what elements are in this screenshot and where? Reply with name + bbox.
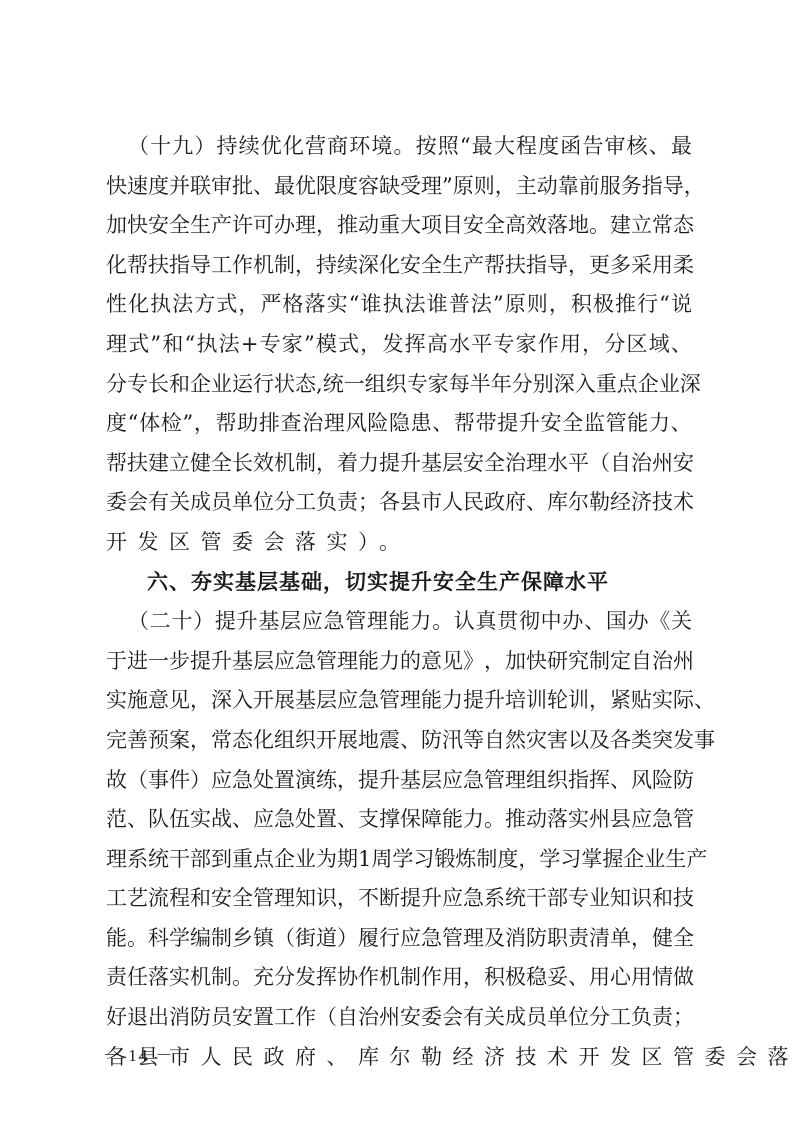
paragraph-line: 完善预案，常态化组织开展地震、防汛等自然灾害以及各类突发事 [106,721,692,761]
paragraph-line: 开发区管委会落实）。 [106,523,692,563]
paragraph-line: 理式”和“执法+专家”模式，发挥高水平专家作用，分区域、 [106,325,692,365]
paragraph-line: 能。科学编制乡镇（街道）履行应急管理及消防职责清单，健全 [106,919,692,959]
paragraph-first-line: （二十）提升基层应急管理能力。认真贯彻中办、国办《关 [106,602,692,642]
paragraph-line: 快速度并联审批、最优限度容缺受理”原则，主动靠前服务指导， [106,167,692,207]
paragraph-line: 好退出消防员安置工作（自治州安委会有关成员单位分工负责； [106,998,692,1038]
paragraph-line: 责任落实机制。充分发挥协作机制作用，积极稳妥、用心用情做 [106,958,692,998]
paragraph-line: 各县市人民政府、库尔勒经济技术开发区管委会落实）。 [106,1038,692,1078]
paragraph-line: 工艺流程和安全管理知识，不断提升应急系统干部专业知识和技 [106,879,692,919]
paragraph-line: 度“体检”，帮助排查治理风险隐患、帮带提升安全监管能力、 [106,404,692,444]
section-heading: 六、夯实基层基础，切实提升安全生产保障水平 [106,563,692,603]
paragraph-line: 故（事件）应急处置演练，提升基层应急管理组织指挥、风险防 [106,761,692,801]
paragraph-line: 分专长和企业运行状态,统一组织专家每半年分别深入重点企业深 [106,365,692,405]
document-body: （十九）持续优化营商环境。按照“最大程度函告审核、最快速度并联审批、最优限度容缺… [106,127,692,1077]
page-number: － 14 － [103,1041,175,1066]
paragraph-first-line: （十九）持续优化营商环境。按照“最大程度函告审核、最 [106,127,692,167]
paragraph-line: 范、队伍实战、应急处置、支撑保障能力。推动落实州县应急管 [106,800,692,840]
paragraph-line: 委会有关成员单位分工负责；各县市人民政府、库尔勒经济技术 [106,483,692,523]
paragraph-line: 理系统干部到重点企业为期1周学习锻炼制度，学习掌握企业生产 [106,840,692,880]
paragraph-line: 加快安全生产许可办理，推动重大项目安全高效落地。建立常态 [106,206,692,246]
paragraph-line: 实施意见，深入开展基层应急管理能力提升培训轮训，紧贴实际、 [106,681,692,721]
paragraph-line: 性化执法方式，严格落实“谁执法谁普法”原则，积极推行“说 [106,285,692,325]
paragraph-line: 于进一步提升基层应急管理能力的意见》，加快研究制定自治州 [106,642,692,682]
paragraph-line: 化帮扶指导工作机制，持续深化安全生产帮扶指导，更多采用柔 [106,246,692,286]
paragraph-line: 帮扶建立健全长效机制，着力提升基层安全治理水平（自治州安 [106,444,692,484]
